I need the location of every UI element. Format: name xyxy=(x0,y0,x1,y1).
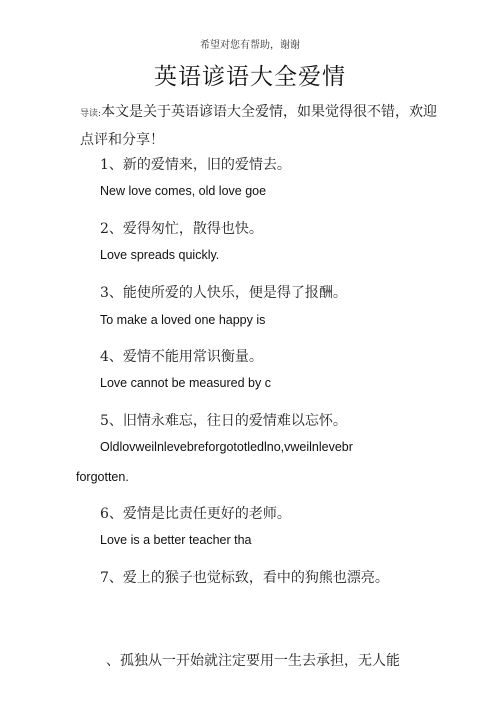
proverb-1-cn: 1、新的爱情来，旧的爱情去。 xyxy=(100,154,291,174)
proverb-4-cn: 4、爱情不能用常识衡量。 xyxy=(100,346,263,366)
proverb-5-cn: 5、旧情永难忘，往日的爱情难以忘怀。 xyxy=(100,410,347,430)
proverb-7-cn: 7、爱上的猴子也觉标致，看中的狗熊也漂亮。 xyxy=(100,567,389,587)
proverb-1-en: New love comes, old love goe xyxy=(100,184,266,198)
trailing-line: 、孤独从一开始就注定要用一生去承担，无人能 xyxy=(106,650,400,670)
intro-text-line1: 本文是关于英语谚语大全爱情，如果觉得很不错，欢迎 xyxy=(101,104,437,120)
intro-label: 导读: xyxy=(80,109,101,119)
proverb-5-en-continued: forgotten. xyxy=(76,470,129,484)
proverb-6-en: Love is a better teacher tha xyxy=(100,533,251,547)
page-title: 英语谚语大全爱情 xyxy=(0,58,500,91)
proverb-4-en: Love cannot be measured by c xyxy=(100,376,271,390)
proverb-5-en: Oldlovweilnlevebreforgototledlno,vweilnl… xyxy=(100,440,353,454)
proverb-2-cn: 2、爱得匆忙，散得也快。 xyxy=(100,218,263,238)
proverb-3-cn: 3、能使所爱的人快乐，便是得了报酬。 xyxy=(100,282,347,302)
proverb-3-en: To make a loved one happy is xyxy=(100,313,265,327)
intro-text-line2: 点评和分享！ xyxy=(80,129,164,149)
proverb-2-en: Love spreads quickly. xyxy=(100,248,219,262)
intro-paragraph: 导读:本文是关于英语谚语大全爱情，如果觉得很不错，欢迎 xyxy=(80,100,480,127)
header-note: 希望对您有帮助，谢谢 xyxy=(0,36,500,51)
proverb-6-cn: 6、爱情是比责任更好的老师。 xyxy=(100,503,291,523)
